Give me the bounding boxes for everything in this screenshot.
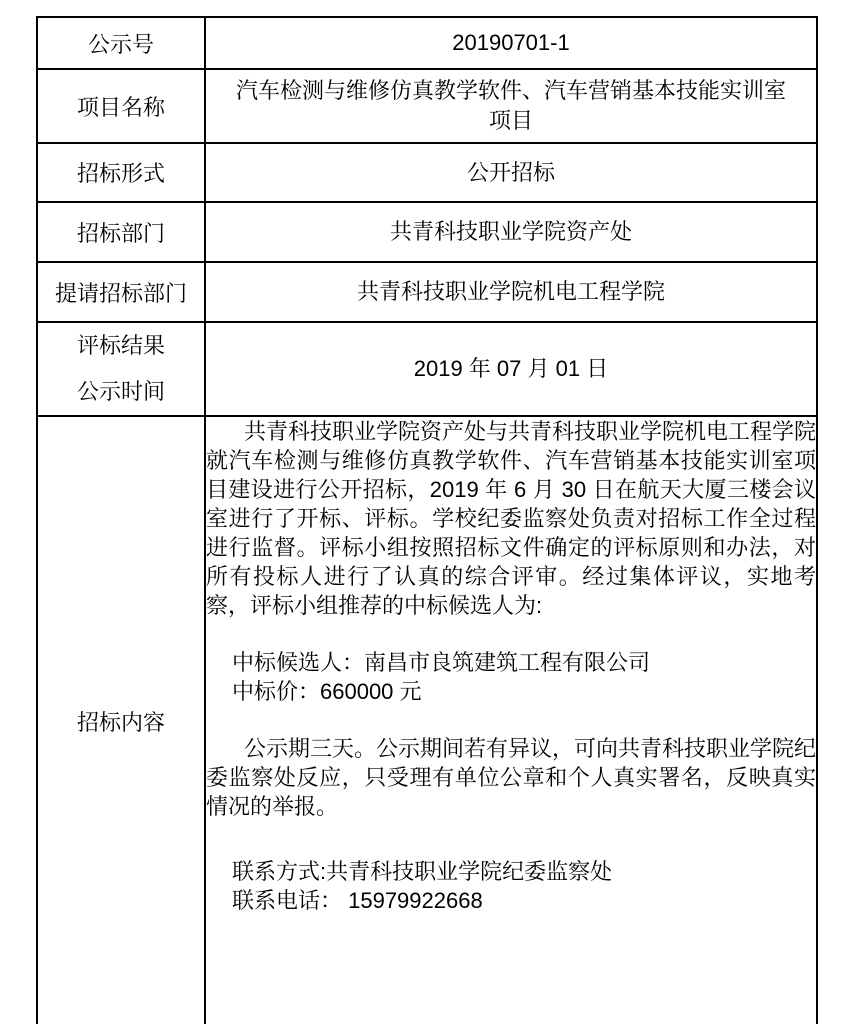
field-label-two-lines: 评标结果 公示时间	[38, 323, 204, 415]
field-label-public-notice-number: 公示号	[37, 17, 205, 69]
announcement-table: 公示号 20190701-1 项目名称 汽车检测与维修仿真教学软件、汽车营销基本…	[36, 16, 818, 1024]
field-label-bidding-department: 招标部门	[37, 202, 205, 262]
field-value-public-notice-number: 20190701-1	[205, 17, 817, 69]
field-label-line1: 评标结果	[38, 323, 204, 369]
row-evaluation-result-publicity-time: 评标结果 公示时间 2019 年 07 月 01 日	[37, 322, 817, 416]
field-value-publicity-date: 2019 年 07 月 01 日	[205, 322, 817, 416]
winning-candidate-line: 中标候选人：南昌市良筑建筑工程有限公司	[206, 648, 816, 677]
contact-phone-line: 联系电话： 15979922668	[206, 886, 816, 915]
bidding-content-summary-paragraph: 共青科技职业学院资产处与共青科技职业学院机电工程学院就汽车检测与维修仿真教学软件…	[206, 417, 816, 620]
contact-method-line: 联系方式:共青科技职业学院纪委监察处	[206, 857, 816, 886]
field-value-bidding-content: 共青科技职业学院资产处与共青科技职业学院机电工程学院就汽车检测与维修仿真教学软件…	[205, 416, 817, 1024]
field-value-bidding-department: 共青科技职业学院资产处	[205, 202, 817, 262]
field-label-evaluation-result-publicity-time: 评标结果 公示时间	[37, 322, 205, 416]
winning-price-line: 中标价：660000 元	[206, 677, 816, 706]
field-label-requesting-department: 提请招标部门	[37, 262, 205, 322]
row-bidding-form: 招标形式 公开招标	[37, 143, 817, 202]
field-label-bidding-form: 招标形式	[37, 143, 205, 202]
row-project-name: 项目名称 汽车检测与维修仿真教学软件、汽车营销基本技能实训室项目	[37, 69, 817, 143]
announcement-page: 公示号 20190701-1 项目名称 汽车检测与维修仿真教学软件、汽车营销基本…	[0, 0, 861, 1024]
field-label-project-name: 项目名称	[37, 69, 205, 143]
row-bidding-department: 招标部门 共青科技职业学院资产处	[37, 202, 817, 262]
field-value-requesting-department: 共青科技职业学院机电工程学院	[205, 262, 817, 322]
field-label-bidding-content: 招标内容	[37, 416, 205, 1024]
field-value-project-name: 汽车检测与维修仿真教学软件、汽车营销基本技能实训室项目	[205, 69, 817, 143]
field-value-bidding-form: 公开招标	[205, 143, 817, 202]
row-requesting-department: 提请招标部门 共青科技职业学院机电工程学院	[37, 262, 817, 322]
row-public-notice-number: 公示号 20190701-1	[37, 17, 817, 69]
row-bidding-content: 招标内容 共青科技职业学院资产处与共青科技职业学院机电工程学院就汽车检测与维修仿…	[37, 416, 817, 1024]
publicity-period-paragraph: 公示期三天。公示期间若有异议，可向共青科技职业学院纪委监察处反应，只受理有单位公…	[206, 734, 816, 821]
field-label-line2: 公示时间	[38, 369, 204, 415]
